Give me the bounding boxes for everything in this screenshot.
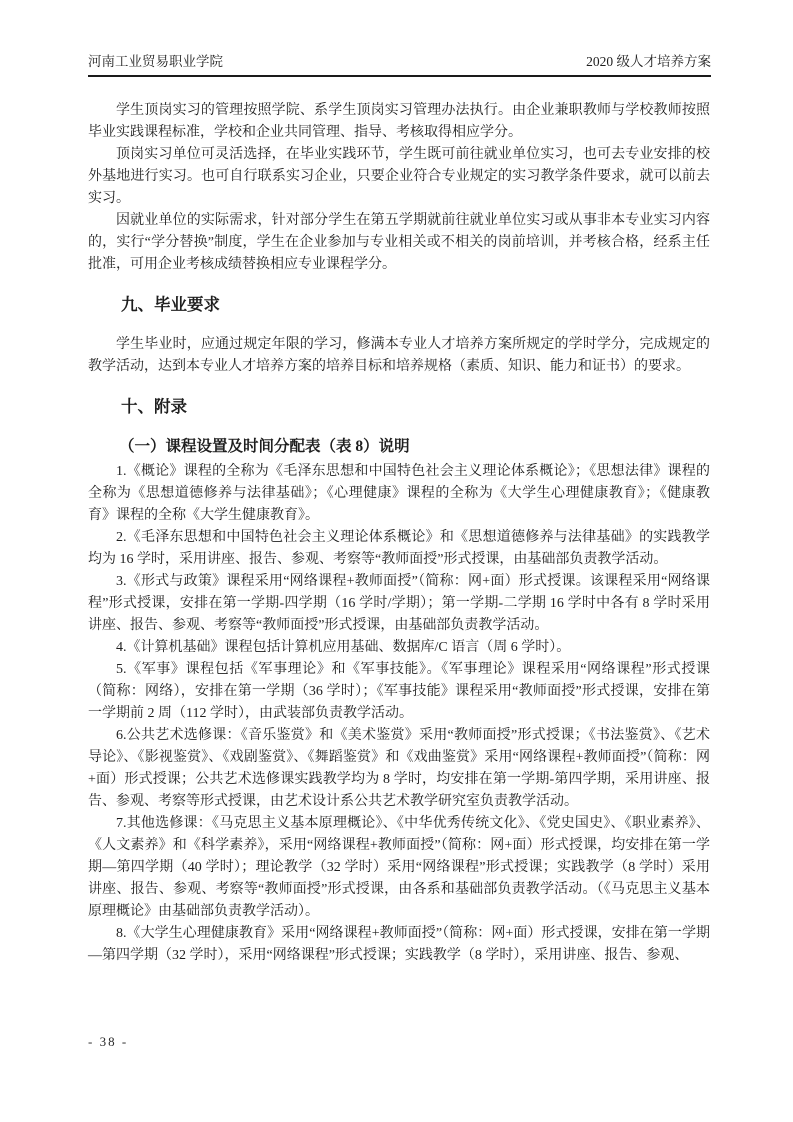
header-plan-title: 2020 级人才培养方案: [586, 50, 711, 70]
note-item-3: 3.《形式与政策》课程采用“网络课程+教师面授”（简称：网+面）形式授课。该课程…: [88, 571, 710, 637]
note-item-2: 2.《毛泽东思想和中国特色社会主义理论体系概论》和《思想道德修养与法律基础》的实…: [88, 527, 710, 571]
note-item-5: 5.《军事》课程包括《军事理论》和《军事技能》。《军事理论》课程采用“网络课程”…: [88, 659, 710, 725]
note-item-7: 7.其他选修课：《马克思主义基本原理概论》、《中华优秀传统文化》、《党史国史》、…: [88, 813, 710, 923]
note-item-1: 1.《概论》课程的全称为《毛泽东思想和中国特色社会主义理论体系概论》；《思想法律…: [88, 461, 710, 527]
note-item-6: 6.公共艺术选修课：《音乐鉴赏》和《美术鉴赏》采用“教师面授”形式授课；《书法鉴…: [88, 725, 710, 813]
header-school-name: 河南工业贸易职业学院: [88, 50, 223, 70]
document-page: 河南工业贸易职业学院 2020 级人才培养方案 学生顶岗实习的管理按照学院、系学…: [0, 0, 793, 1122]
paragraph-graduation: 学生毕业时，应通过规定年限的学习，修满本专业人才培养方案所规定的学时学分，完成规…: [88, 334, 710, 378]
paragraph-internship-management: 学生顶岗实习的管理按照学院、系学生顶岗实习管理办法执行。由企业兼职教师与学校教师…: [88, 100, 710, 144]
document-body: 学生顶岗实习的管理按照学院、系学生顶岗实习管理办法执行。由企业兼职教师与学校教师…: [88, 100, 710, 967]
note-item-4: 4.《计算机基础》课程包括计算机应用基础、数据库/C 语言（周 6 学时）。: [88, 637, 710, 659]
paragraph-internship-unit: 顶岗实习单位可灵活选择，在毕业实践环节，学生既可前往就业单位实习，也可去专业安排…: [88, 144, 710, 210]
page-header: 河南工业贸易职业学院 2020 级人才培养方案: [88, 50, 711, 77]
paragraph-credit-replacement: 因就业单位的实际需求，针对部分学生在第五学期就前往就业单位实习或从事非本专业实习…: [88, 210, 710, 276]
section-heading-appendix: 十、附录: [88, 396, 710, 418]
note-item-8: 8.《大学生心理健康教育》采用“网络课程+教师面授”（简称：网+面）形式授课，安…: [88, 923, 710, 967]
section-heading-graduation-requirements: 九、毕业要求: [88, 294, 710, 316]
subsection-heading-table-notes: （一）课程设置及时间分配表（表 8）说明: [88, 436, 710, 458]
page-number: - 38 -: [88, 1034, 128, 1050]
